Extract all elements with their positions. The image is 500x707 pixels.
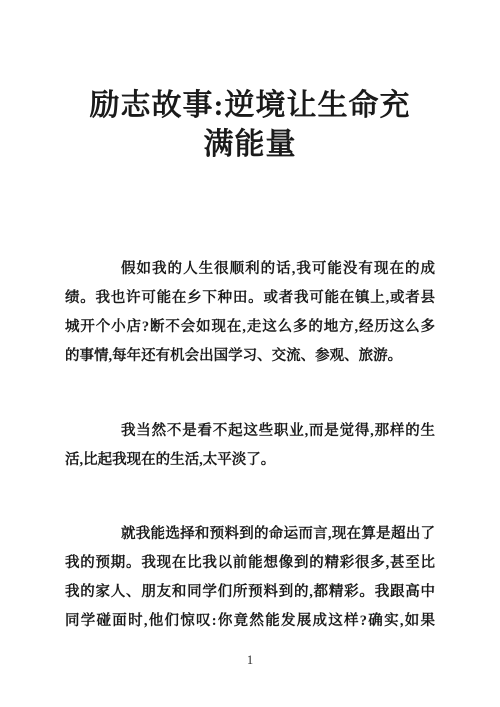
text-line: 我的预期。我现在比我以前能想像到的精彩很多,甚至比 [65, 549, 435, 578]
text-line: 城开个小店?断不会如现在,走这么多的地方,经历这么多 [65, 313, 435, 342]
paragraph-1: 假如我的人生很顺利的话,我可能没有现在的成 绩。我也许可能在乡下种田。或者我可能… [65, 255, 435, 371]
paragraph-2: 我当然不是看不起这些职业,而是觉得,那样的生 活,比起我现在的生活,太平淡了。 [65, 417, 435, 475]
document-page: 励志故事:逆境让生命充 满能量 假如我的人生很顺利的话,我可能没有现在的成 绩。… [0, 0, 500, 707]
paragraph-3: 就我能选择和预料到的命运而言,现在算是超出了 我的预期。我现在比我以前能想像到的… [65, 520, 435, 636]
text-line: 我的家人、朋友和同学们所预料到的,都精彩。我跟高中 [65, 578, 435, 607]
text-line: 假如我的人生很顺利的话,我可能没有现在的成 [65, 255, 435, 284]
text-line: 就我能选择和预料到的命运而言,现在算是超出了 [65, 520, 435, 549]
document-title: 励志故事:逆境让生命充 满能量 [0, 86, 500, 164]
text-line: 活,比起我现在的生活,太平淡了。 [65, 446, 435, 475]
title-line-1: 励志故事:逆境让生命充 [0, 86, 500, 125]
text-line: 的事情,每年还有机会出国学习、交流、参观、旅游。 [65, 342, 435, 371]
text-line: 我当然不是看不起这些职业,而是觉得,那样的生 [65, 417, 435, 446]
title-line-2: 满能量 [0, 125, 500, 164]
text-line: 同学碰面时,他们惊叹:你竟然能发展成这样?确实,如果 [65, 607, 435, 636]
page-number: 1 [0, 652, 500, 668]
text-line: 绩。我也许可能在乡下种田。或者我可能在镇上,或者县 [65, 284, 435, 313]
